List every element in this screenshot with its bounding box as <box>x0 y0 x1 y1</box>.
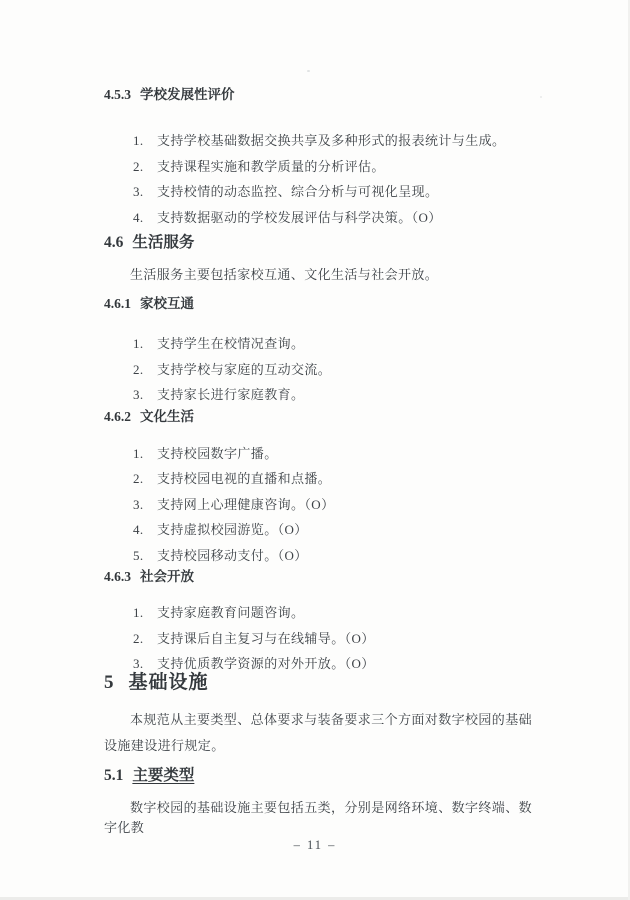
item-text: 支持优质教学资源的对外开放。（O） <box>157 651 534 677</box>
list-item: 3. 支持家长进行家庭教育。 <box>133 382 534 408</box>
page-number: – 11 – <box>0 838 630 853</box>
item-text: 支持家庭教育问题咨询。 <box>157 600 534 626</box>
list-item: 2. 支持课后自主复习与在线辅导。（O） <box>133 626 534 652</box>
list-4-6-1: 1. 支持学生在校情况查询。 2. 支持学校与家庭的互动交流。 3. 支持家长进… <box>104 331 534 408</box>
item-number: 3. <box>133 382 157 408</box>
item-number: 2. <box>133 466 157 492</box>
item-text: 支持课程实施和教学质量的分析评估。 <box>157 154 534 180</box>
page-content: 4.5.3学校发展性评价 1. 支持学校基础数据交换共享及多种形式的报表统计与生… <box>0 0 630 838</box>
item-text: 支持课后自主复习与在线辅导。（O） <box>157 626 534 652</box>
paragraph-5: 本规范从主要类型、总体要求与装备要求三个方面对数字校园的基础设施建设进行规定。 <box>104 707 534 759</box>
item-number: 4. <box>133 517 157 543</box>
item-text: 支持学校与家庭的互动交流。 <box>157 357 534 383</box>
list-item: 2. 支持学校与家庭的互动交流。 <box>133 357 534 383</box>
heading-4-6-2: 4.6.2文化生活 <box>104 408 534 426</box>
heading-number: 5 <box>104 672 115 693</box>
heading-number: 4.6.2 <box>104 409 131 424</box>
heading-4-5-3: 4.5.3学校发展性评价 <box>104 86 534 104</box>
item-number: 1. <box>133 128 157 154</box>
item-number: 2. <box>133 626 157 652</box>
item-text: 支持数据驱动的学校发展评估与科学决策。（O） <box>157 205 534 231</box>
item-text: 支持家长进行家庭教育。 <box>157 382 534 408</box>
heading-title: 生活服务 <box>132 234 194 251</box>
heading-title: 家校互通 <box>140 296 194 311</box>
heading-4-6: 4.6生活服务 <box>104 232 534 253</box>
heading-title: 社会开放 <box>140 569 194 584</box>
item-text: 支持网上心理健康咨询。（O） <box>157 492 534 518</box>
item-text: 支持校情的动态监控、综合分析与可视化呈现。 <box>157 179 534 205</box>
heading-5-1: 5.1主要类型 <box>104 765 534 786</box>
heading-4-6-1: 4.6.1家校互通 <box>104 295 534 313</box>
list-4-5-3: 1. 支持学校基础数据交换共享及多种形式的报表统计与生成。 2. 支持课程实施和… <box>104 128 534 230</box>
list-item: 4. 支持数据驱动的学校发展评估与科学决策。（O） <box>133 205 534 231</box>
item-text: 支持校园数字广播。 <box>157 441 534 467</box>
item-number: 4. <box>133 205 157 231</box>
paragraph-4-6: 生活服务主要包括家校互通、文化生活与社会开放。 <box>104 265 534 285</box>
item-number: 1. <box>133 441 157 467</box>
heading-title: 主要类型 <box>132 767 194 784</box>
item-text: 支持学校基础数据交换共享及多种形式的报表统计与生成。 <box>157 128 534 154</box>
heading-number: 5.1 <box>104 767 123 784</box>
heading-title: 文化生活 <box>140 409 194 424</box>
list-item: 1. 支持学校基础数据交换共享及多种形式的报表统计与生成。 <box>133 128 534 154</box>
list-item: 1. 支持学生在校情况查询。 <box>133 331 534 357</box>
scanned-document-page: 4.5.3学校发展性评价 1. 支持学校基础数据交换共享及多种形式的报表统计与生… <box>0 0 630 900</box>
paragraph-5-1: 数字校园的基础设施主要包括五类，分别是网络环境、数字终端、数字化教 <box>104 798 534 838</box>
item-text: 支持虚拟校园游览。（O） <box>157 517 534 543</box>
list-item: 3. 支持网上心理健康咨询。（O） <box>133 492 534 518</box>
heading-number: 4.6.3 <box>104 569 131 584</box>
list-item: 5. 支持校园移动支付。（O） <box>133 543 534 569</box>
heading-title: 学校发展性评价 <box>140 87 235 102</box>
heading-title: 基础设施 <box>129 672 209 693</box>
item-number: 2. <box>133 357 157 383</box>
item-number: 3. <box>133 179 157 205</box>
heading-number: 4.6 <box>104 234 123 251</box>
list-item: 3. 支持校情的动态监控、综合分析与可视化呈现。 <box>133 179 534 205</box>
list-4-6-2: 1. 支持校园数字广播。 2. 支持校园电视的直播和点播。 3. 支持网上心理健… <box>104 441 534 569</box>
heading-number: 4.6.1 <box>104 296 131 311</box>
list-4-6-3: 1. 支持家庭教育问题咨询。 2. 支持课后自主复习与在线辅导。（O） 3. 支… <box>104 600 534 677</box>
item-number: 3. <box>133 492 157 518</box>
item-number: 1. <box>133 331 157 357</box>
heading-number: 4.5.3 <box>104 87 131 102</box>
list-item: 2. 支持课程实施和教学质量的分析评估。 <box>133 154 534 180</box>
item-number: 5. <box>133 543 157 569</box>
item-text: 支持校园移动支付。（O） <box>157 543 534 569</box>
item-text: 支持校园电视的直播和点播。 <box>157 466 534 492</box>
item-number: 2. <box>133 154 157 180</box>
list-item: 4. 支持虚拟校园游览。（O） <box>133 517 534 543</box>
item-text: 支持学生在校情况查询。 <box>157 331 534 357</box>
list-item: 1. 支持校园数字广播。 <box>133 441 534 467</box>
heading-4-6-3: 4.6.3社会开放 <box>104 568 534 586</box>
item-number: 1. <box>133 600 157 626</box>
list-item: 1. 支持家庭教育问题咨询。 <box>133 600 534 626</box>
list-item: 2. 支持校园电视的直播和点播。 <box>133 466 534 492</box>
